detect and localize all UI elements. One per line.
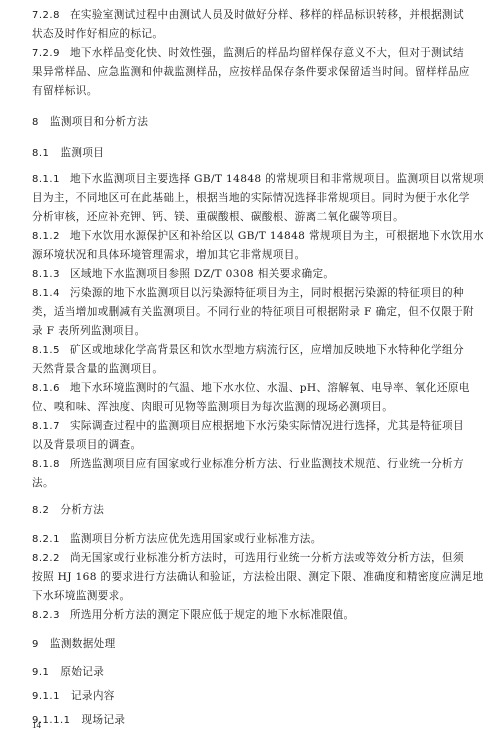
- heading-text: 监测项目: [60, 147, 104, 159]
- clause-number: 8.1.8: [32, 459, 60, 470]
- clause-text: 果异常样品、应急监测和仲裁监测样品，应按样品保存条件要求保留适当时间。留样样品应: [32, 66, 470, 78]
- clause-line: 8.1.6地下水环境监测时的气温、地下水水位、水温、pH、溶解氧、电导率、氧化还…: [32, 381, 447, 396]
- paragraph-line: 按照 HJ 168 的要求进行方法确认和验证，方法检出限、测定下限、准确度和精密…: [32, 570, 447, 584]
- clause-text: 源环境状况和具体环境管理需求，增加其它非常规项目。: [32, 249, 306, 261]
- clause-text: 天然背景含量的监测项目。: [32, 363, 163, 375]
- clause-line: 8.2.1监测项目分析方法应优先选用国家或行业标准方法。: [32, 532, 322, 547]
- clause-text: 地下水环境监测时的气温、地下水水位、水温、pH、溶解氧、电导率、氧化还原电: [70, 382, 470, 394]
- paragraph-line: 位、嗅和味、浑浊度、肉眼可见物等监测项目为每次监测的现场必测项目。: [32, 400, 393, 414]
- clause-text: 位、嗅和味、浑浊度、肉眼可见物等监测项目为每次监测的现场必测项目。: [32, 401, 393, 413]
- clause-line: 8.1.4污染源的地下水监测项目以污染源特征项目为主，同时根据污染源的特征项目的…: [32, 286, 447, 301]
- paragraph-line: 以及背景项目的调查。: [32, 438, 141, 452]
- clause-number: 8.1.1: [32, 174, 60, 185]
- clause-number: 8.2.3: [32, 610, 60, 621]
- clause-line: 8.2.3所选用分析方法的测定下限应低于规定的地下水标准限值。: [32, 608, 355, 623]
- clause-text: 地下水监测项目主要选择 GB/T 14848 的常规项目和非常规项目。监测项目以…: [70, 173, 483, 185]
- clause-text: 区域地下水监测项目参照 DZ/T 0308 相关要求确定。: [70, 268, 334, 280]
- section-heading: 9监测数据处理: [32, 637, 116, 652]
- paragraph-line: 下水环境监测要求。: [32, 589, 131, 603]
- page-number: 14: [32, 720, 41, 730]
- heading-text: 现场记录: [82, 714, 126, 726]
- paragraph-line: 天然背景含量的监测项目。: [32, 362, 163, 376]
- clause-text: 监测项目分析方法应优先选用国家或行业标准方法。: [70, 533, 322, 545]
- clause-number: 7.2.9: [32, 48, 60, 59]
- heading-text: 原始记录: [60, 666, 104, 678]
- paragraph-line: 果异常样品、应急监测和仲裁监测样品，应按样品保存条件要求保留适当时间。留样样品应: [32, 65, 447, 79]
- clause-text: 有留样标识。: [32, 85, 98, 97]
- clause-text: 状态及时作好相应的标记。: [32, 28, 163, 40]
- clause-text: 法。: [32, 477, 54, 489]
- clause-text: 尚无国家或行业标准分析方法时，可选用行业统一分析方法或等效分析方法，但须: [70, 552, 464, 564]
- section-heading: 9.1.1.1现场记录: [32, 713, 125, 728]
- section-heading: 9.1原始记录: [32, 665, 104, 680]
- clause-number: 8.1.5: [32, 345, 60, 356]
- clause-line: 8.1.3区域地下水监测项目参照 DZ/T 0308 相关要求确定。: [32, 267, 334, 282]
- clause-number: 8.1.3: [32, 269, 60, 280]
- clause-number: 8.1.4: [32, 288, 60, 299]
- paragraph-line: 有留样标识。: [32, 84, 98, 98]
- paragraph-line: 状态及时作好相应的标记。: [32, 27, 163, 41]
- clause-text: 类，适当增加或删减有关监测项目。不同行业的特征项目可根据附录 F 确定，但不仅限…: [32, 306, 474, 318]
- paragraph-line: 法。: [32, 476, 54, 490]
- clause-line: 8.1.2地下水饮用水源保护区和补给区以 GB/T 14848 常规项目为主，可…: [32, 229, 447, 244]
- clause-number: 8.2: [32, 505, 49, 516]
- clause-line: 8.1.5矿区或地球化学高背景区和饮水型地方病流行区，应增加反映地下水特种化学组…: [32, 343, 447, 358]
- clause-text: 所选用分析方法的测定下限应低于规定的地下水标准限值。: [70, 609, 355, 621]
- clause-text: 录 F 表所列监测项目。: [32, 325, 146, 337]
- clause-number: 8: [32, 117, 39, 128]
- clause-number: 8.1.6: [32, 383, 60, 394]
- heading-text: 监测项目和分析方法: [50, 116, 149, 128]
- paragraph-line: 录 F 表所列监测项目。: [32, 324, 146, 338]
- clause-line: 8.1.7实际调查过程中的监测项目应根据地下水污染实际情况进行选择，尤其是特征项…: [32, 419, 447, 434]
- clause-number: 9.1: [32, 667, 49, 678]
- clause-number: 8.1: [32, 148, 49, 159]
- section-heading: 8监测项目和分析方法: [32, 115, 148, 130]
- section-heading: 8.1监测项目: [32, 146, 104, 161]
- clause-text: 目为主，不同地区可在此基础上，根据当地的实际情况选择非常规项目。同时为便于水化学: [32, 192, 470, 204]
- clause-line: 8.2.2尚无国家或行业标准分析方法时，可选用行业统一分析方法或等效分析方法，但…: [32, 551, 447, 566]
- clause-number: 7.2.8: [32, 10, 60, 21]
- paragraph-line: 分析审核，还应补充钾、钙、镁、重碳酸根、碳酸根、游离二氧化碳等项目。: [32, 210, 404, 224]
- clause-line: 7.2.8在实验室测试过程中由测试人员及时做好分样、移样的样品标识转移，并根据测…: [32, 8, 447, 23]
- clause-text: 在实验室测试过程中由测试人员及时做好分样、移样的样品标识转移，并根据测试: [70, 9, 464, 21]
- clause-text: 所选监测项目应有国家或行业标准分析方法、行业监测技术规范、行业统一分析方: [70, 458, 464, 470]
- section-heading: 9.1.1记录内容: [32, 689, 115, 704]
- section-heading: 8.2分析方法: [32, 503, 104, 518]
- clause-text: 矿区或地球化学高背景区和饮水型地方病流行区，应增加反映地下水特种化学组分: [70, 344, 464, 356]
- clause-text: 地下水样品变化快、时效性强，监测后的样品均留样保存意义不大，但对于测试结: [70, 47, 464, 59]
- paragraph-line: 源环境状况和具体环境管理需求，增加其它非常规项目。: [32, 248, 306, 262]
- clause-line: 7.2.9地下水样品变化快、时效性强，监测后的样品均留样保存意义不大，但对于测试…: [32, 46, 447, 61]
- clause-text: 以及背景项目的调查。: [32, 439, 141, 451]
- clause-line: 8.1.8所选监测项目应有国家或行业标准分析方法、行业监测技术规范、行业统一分析…: [32, 457, 447, 472]
- clause-number: 8.1.7: [32, 421, 60, 432]
- heading-text: 记录内容: [71, 690, 115, 702]
- clause-number: 9: [32, 639, 39, 650]
- clause-number: 8.2.1: [32, 534, 60, 545]
- clause-line: 8.1.1地下水监测项目主要选择 GB/T 14848 的常规项目和非常规项目。…: [32, 172, 447, 187]
- clause-text: 污染源的地下水监测项目以污染源特征项目为主，同时根据污染源的特征项目的种: [70, 287, 464, 299]
- clause-number: 9.1.1: [32, 691, 60, 702]
- clause-text: 下水环境监测要求。: [32, 590, 131, 602]
- clause-number: 8.2.2: [32, 553, 60, 564]
- clause-text: 分析审核，还应补充钾、钙、镁、重碳酸根、碳酸根、游离二氧化碳等项目。: [32, 211, 404, 223]
- clause-text: 按照 HJ 168 的要求进行方法确认和验证，方法检出限、测定下限、准确度和精密…: [32, 571, 483, 583]
- paragraph-line: 类，适当增加或删减有关监测项目。不同行业的特征项目可根据附录 F 确定，但不仅限…: [32, 305, 447, 319]
- paragraph-line: 目为主，不同地区可在此基础上，根据当地的实际情况选择非常规项目。同时为便于水化学: [32, 191, 447, 205]
- clause-text: 实际调查过程中的监测项目应根据地下水污染实际情况进行选择，尤其是特征项目: [70, 420, 464, 432]
- clause-text: 地下水饮用水源保护区和补给区以 GB/T 14848 常规项目为主，可根据地下水…: [70, 230, 483, 242]
- heading-text: 监测数据处理: [50, 638, 116, 650]
- clause-number: 8.1.2: [32, 231, 60, 242]
- heading-text: 分析方法: [60, 504, 104, 516]
